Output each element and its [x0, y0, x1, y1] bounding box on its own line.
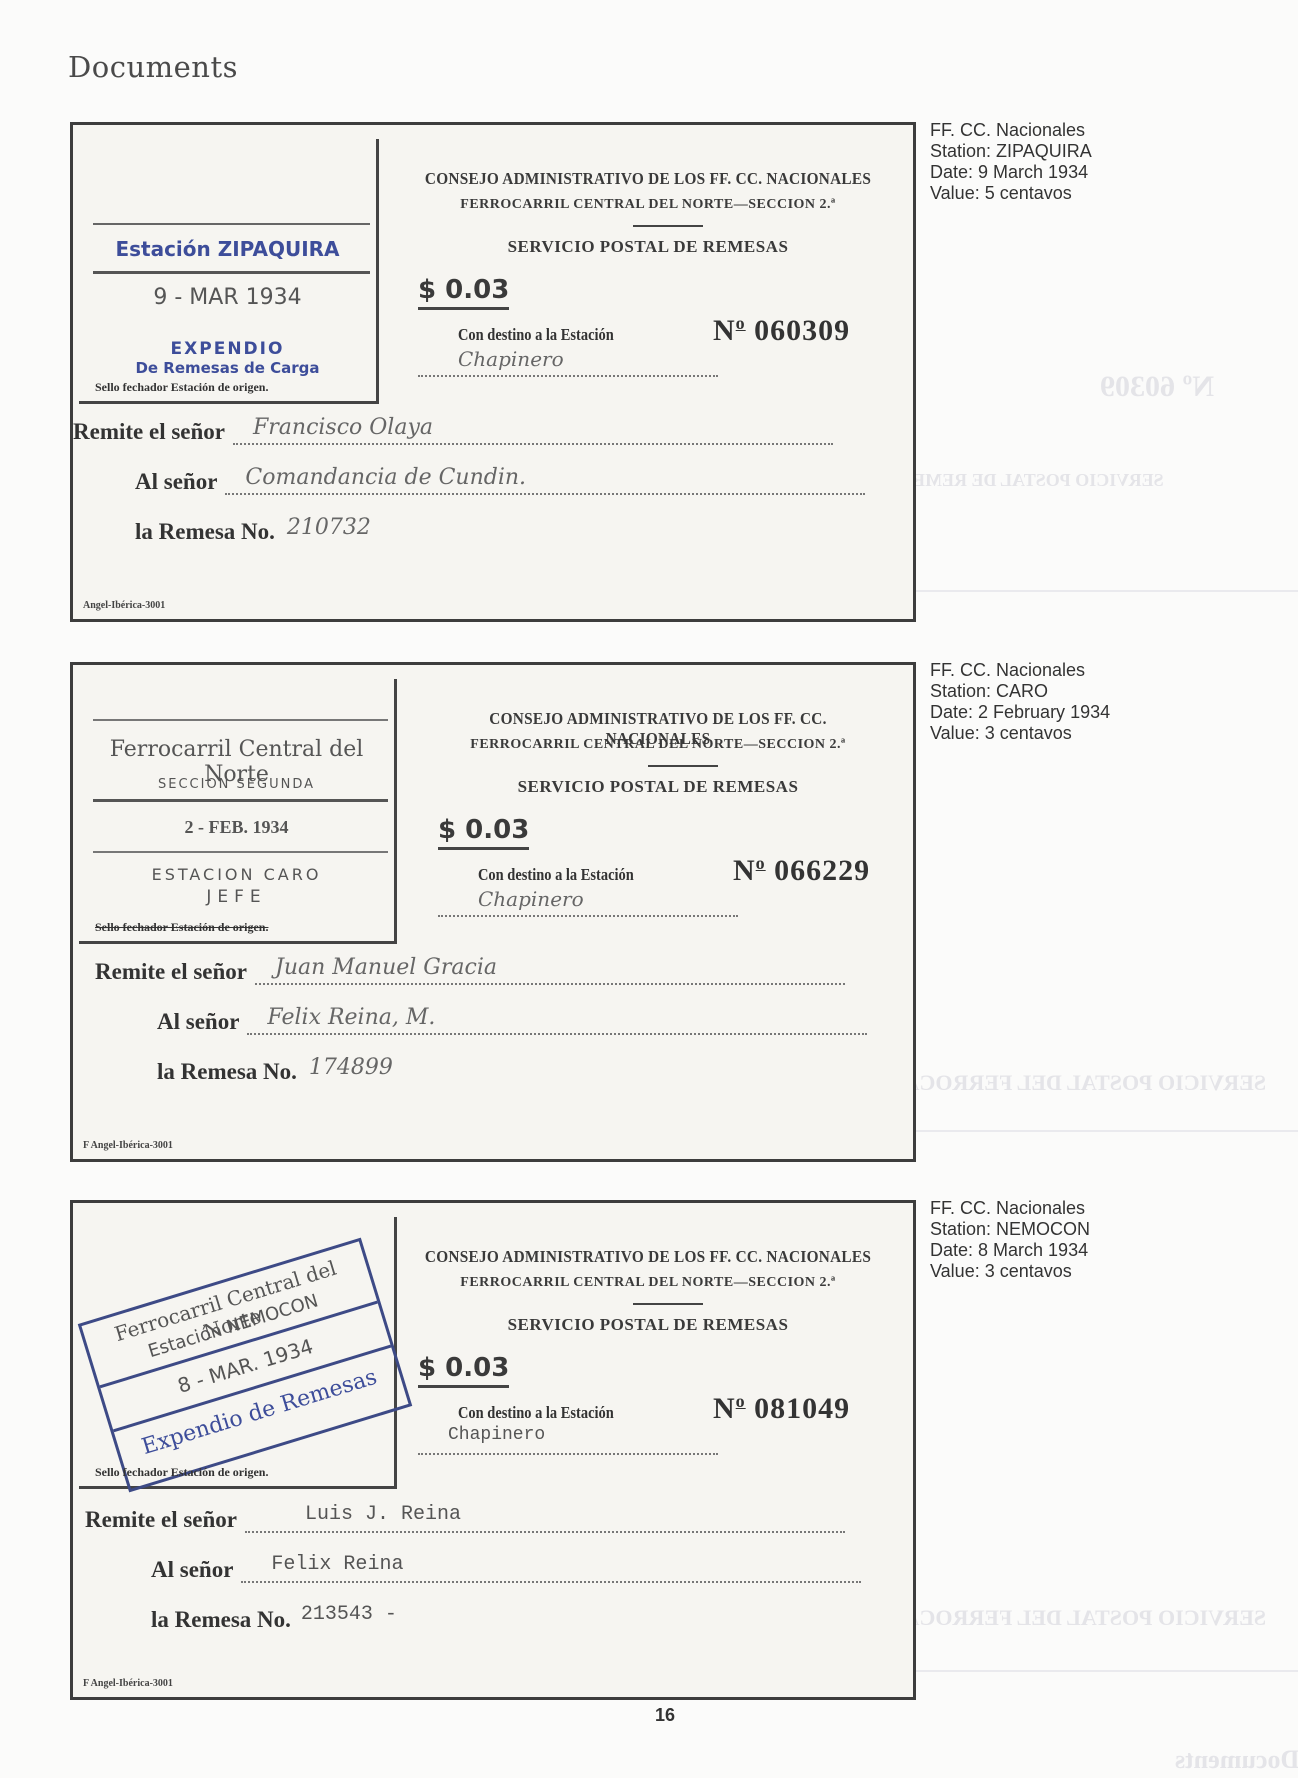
ticket-number: No 081049 — [713, 1391, 850, 1426]
remesa-label: la Remesa No. — [151, 1607, 291, 1633]
printer-mark: F Angel-Ibérica-3001 — [83, 1678, 173, 1689]
caption-railway: FF. CC. Nacionales — [930, 120, 1092, 141]
sender-value: Francisco Olaya — [233, 415, 833, 445]
destination-value: Chapinero — [418, 1425, 718, 1455]
number-value: 081049 — [754, 1392, 850, 1425]
price: $ 0.03 — [418, 1353, 509, 1388]
recipient-label: Al señor — [157, 1009, 239, 1035]
stamp-rule — [93, 719, 388, 721]
destination-label: Con destino a la Estación — [458, 325, 614, 345]
number-prefix: N — [733, 854, 756, 887]
header-council: CONSEJO ADMINISTRATIVO DE LOS FF. CC. NA… — [419, 169, 878, 189]
remesa-row: la Remesa No. 174899 — [157, 1055, 485, 1085]
header-divider — [633, 225, 703, 227]
caption-ticket-2: FF. CC. Nacionales Station: CARO Date: 2… — [930, 660, 1110, 744]
recipient-label: Al señor — [135, 469, 217, 495]
sender-label: Remite el señor — [85, 1507, 237, 1533]
caption-date: Date: 9 March 1934 — [930, 162, 1092, 183]
recipient-value: Comandancia de Cundin. — [225, 465, 865, 495]
destination-value: Chapinero — [418, 347, 718, 377]
stamp-station: Estación ZIPAQUIRA — [79, 237, 376, 261]
stamp-expendio: EXPENDIO — [79, 339, 376, 359]
sender-label: Remite el señor — [95, 959, 247, 985]
recipient-row: Al señor Felix Reina — [151, 1553, 861, 1583]
remesa-label: la Remesa No. — [157, 1059, 297, 1085]
number-prefix: N — [713, 1392, 736, 1425]
sender-value: Luis J. Reina — [245, 1503, 845, 1533]
header-service: SERVICIO POSTAL DE REMESAS — [413, 777, 903, 797]
remesa-row: la Remesa No. 210732 — [135, 515, 463, 545]
recipient-value: Felix Reina — [241, 1553, 861, 1583]
header-service: SERVICIO POSTAL DE REMESAS — [393, 1315, 903, 1335]
stamp-expendio: Expendio de Remesas — [117, 1358, 402, 1467]
caption-ticket-3: FF. CC. Nacionales Station: NEMOCON Date… — [930, 1198, 1090, 1282]
remesa-label: la Remesa No. — [135, 519, 275, 545]
page-number: 16 — [655, 1705, 675, 1726]
number-prefix: N — [713, 314, 736, 347]
bleed-through-text: Documents — [1175, 1745, 1298, 1775]
stamp-date: 9 - MAR 1934 — [79, 285, 376, 310]
printer-mark: Angel-Ibérica-3001 — [83, 600, 165, 611]
remesa-value: 213543 - — [299, 1603, 479, 1633]
header-service: SERVICIO POSTAL DE REMESAS — [393, 237, 903, 257]
stamp-caption: Sello fechador Estación de origen. — [95, 920, 268, 935]
origin-date-stamp: Ferrocarril Central del Norte Estación N… — [79, 1217, 397, 1489]
recipient-row: Al señor Comandancia de Cundin. — [135, 465, 865, 495]
caption-station: Station: CARO — [930, 681, 1110, 702]
stamp-caption: Sello fechador Estación de origen. — [95, 380, 268, 395]
printer-mark: F Angel-Ibérica-3001 — [83, 1140, 173, 1151]
price: $ 0.03 — [418, 275, 509, 310]
price: $ 0.03 — [438, 815, 529, 850]
stamp-jefe: JEFE — [79, 887, 394, 907]
caption-date: Date: 8 March 1934 — [930, 1240, 1090, 1261]
header-council: CONSEJO ADMINISTRATIVO DE LOS FF. CC. NA… — [419, 1247, 878, 1267]
sender-row: Remite el señor Francisco Olaya — [73, 415, 833, 445]
number-suffix: o — [756, 853, 766, 873]
ticket-number: No 066229 — [733, 853, 870, 888]
caption-railway: FF. CC. Nacionales — [930, 1198, 1090, 1219]
caption-value: Value: 5 centavos — [930, 183, 1092, 204]
stamp-station: ESTACION CARO — [79, 865, 394, 884]
stamp-date: 2 - FEB. 1934 — [79, 817, 394, 838]
stamp-section: SECCION SEGUNDA — [79, 777, 394, 792]
bleed-through-number: Nº 60309 — [1100, 370, 1214, 404]
recipient-value: Felix Reina, M. — [247, 1005, 867, 1035]
recipient-label: Al señor — [151, 1557, 233, 1583]
stamp-remesas: De Remesas de Carga — [79, 359, 376, 377]
number-value: 066229 — [774, 854, 870, 887]
header-railway: FERROCARRIL CENTRAL DEL NORTE—SECCION 2.… — [393, 1275, 903, 1291]
destination-label: Con destino a la Estación — [478, 865, 634, 885]
stamp-rule — [93, 851, 388, 853]
caption-railway: FF. CC. Nacionales — [930, 660, 1110, 681]
remesa-value: 210732 — [283, 515, 463, 545]
caption-ticket-1: FF. CC. Nacionales Station: ZIPAQUIRA Da… — [930, 120, 1092, 204]
remittance-ticket-nemocon: Ferrocarril Central del Norte Estación N… — [70, 1200, 916, 1700]
sender-label: Remite el señor — [73, 419, 225, 445]
bleed-through-rule — [916, 590, 1298, 592]
header-divider — [633, 1303, 703, 1305]
caption-value: Value: 3 centavos — [930, 723, 1110, 744]
destination-value: Chapinero — [438, 887, 738, 917]
ticket-number: No 060309 — [713, 313, 850, 348]
rotated-station-stamp: Ferrocarril Central del Norte Estación N… — [78, 1238, 413, 1493]
remesa-row: la Remesa No. 213543 - — [151, 1603, 479, 1633]
caption-station: Station: NEMOCON — [930, 1219, 1090, 1240]
header-divider — [648, 765, 718, 767]
caption-date: Date: 2 February 1934 — [930, 702, 1110, 723]
remittance-ticket-zipaquira: Estación ZIPAQUIRA 9 - MAR 1934 EXPENDIO… — [70, 122, 916, 622]
stamp-rule — [93, 223, 370, 225]
stamp-rule — [93, 271, 370, 274]
number-suffix: o — [736, 1391, 746, 1411]
origin-date-stamp: Estación ZIPAQUIRA 9 - MAR 1934 EXPENDIO… — [79, 139, 379, 404]
stamp-caption: Sello fechador Estación de origen. — [95, 1465, 268, 1480]
page-title: Documents — [68, 50, 238, 84]
header-railway: FERROCARRIL CENTRAL DEL NORTE—SECCION 2.… — [413, 737, 903, 753]
origin-date-stamp: Ferrocarril Central del Norte SECCION SE… — [79, 679, 397, 944]
number-suffix: o — [736, 313, 746, 333]
sender-row: Remite el señor Luis J. Reina — [85, 1503, 845, 1533]
remesa-value: 174899 — [305, 1055, 485, 1085]
remittance-ticket-caro: Ferrocarril Central del Norte SECCION SE… — [70, 662, 916, 1162]
recipient-row: Al señor Felix Reina, M. — [157, 1005, 867, 1035]
header-railway: FERROCARRIL CENTRAL DEL NORTE—SECCION 2.… — [393, 197, 903, 213]
caption-value: Value: 3 centavos — [930, 1261, 1090, 1282]
bleed-through-rule — [916, 1130, 1298, 1132]
bleed-through-text: SERVICIO POSTAL DE REMESAS — [880, 470, 1164, 491]
bleed-through-rule — [916, 1670, 1298, 1672]
sender-row: Remite el señor Juan Manuel Gracia — [95, 955, 845, 985]
caption-station: Station: ZIPAQUIRA — [930, 141, 1092, 162]
sender-value: Juan Manuel Gracia — [255, 955, 845, 985]
destination-label: Con destino a la Estación — [458, 1403, 614, 1423]
number-value: 060309 — [754, 314, 850, 347]
stamp-rule — [93, 799, 388, 802]
